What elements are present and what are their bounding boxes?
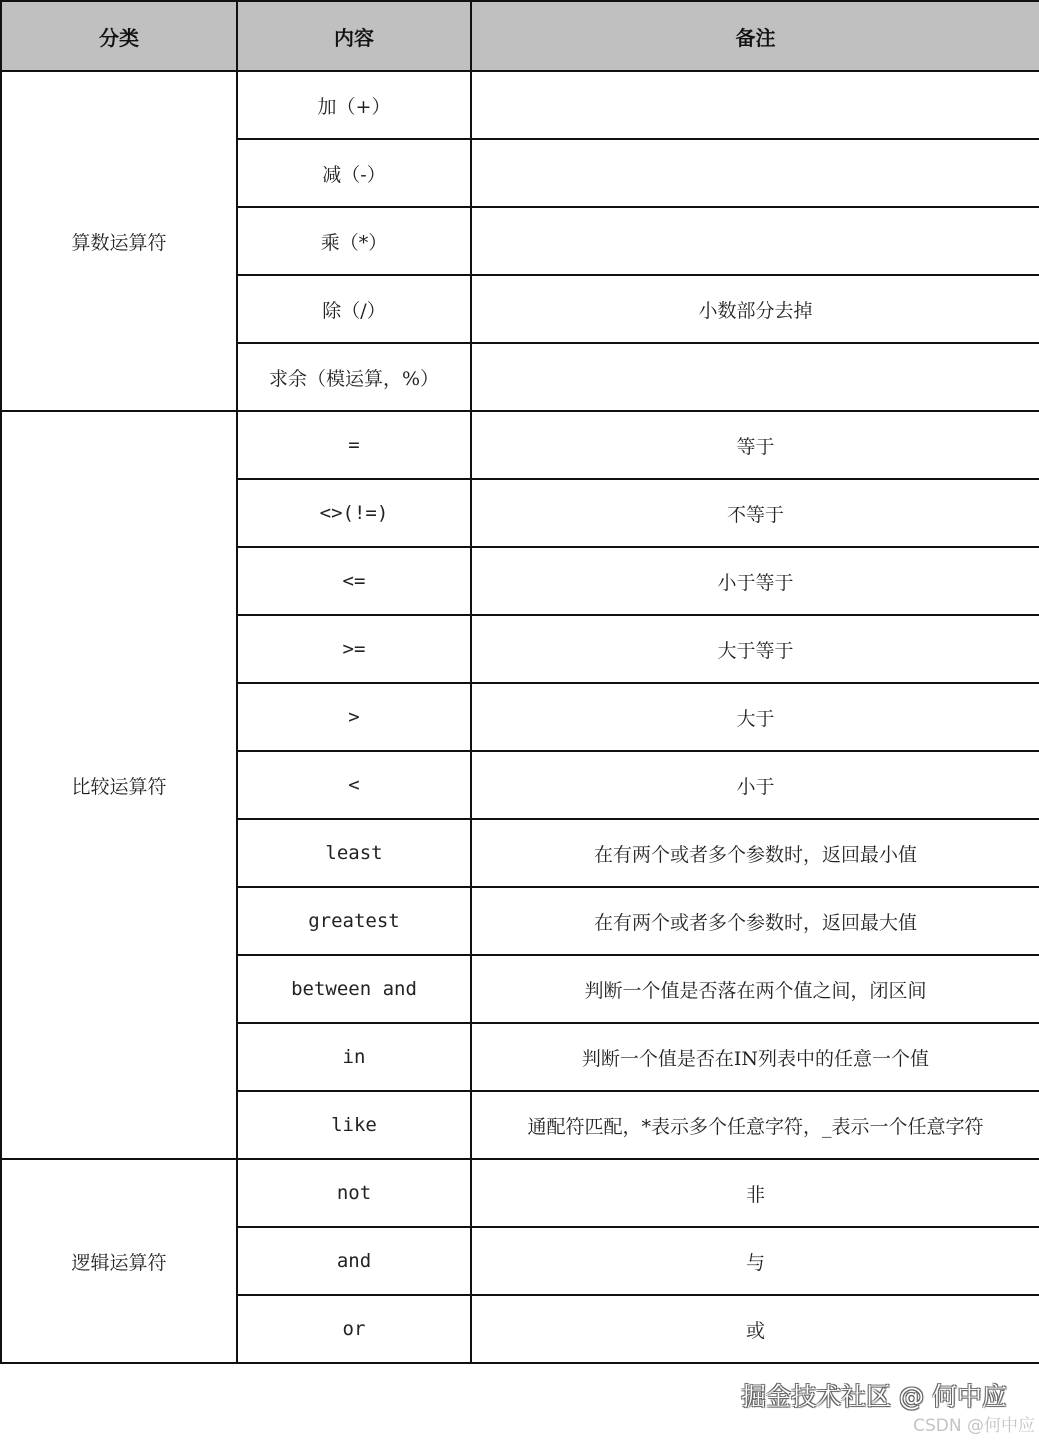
- content-cell: >=: [237, 615, 471, 683]
- table-row: 逻辑运算符 not 非: [1, 1159, 1039, 1227]
- content-cell: 除（/）: [237, 275, 471, 343]
- note-cell: 在有两个或者多个参数时，返回最大值: [471, 887, 1039, 955]
- header-note: 备注: [471, 1, 1039, 71]
- content-cell: <=: [237, 547, 471, 615]
- note-cell: 通配符匹配，*表示多个任意字符，_表示一个任意字符: [471, 1091, 1039, 1159]
- content-cell: between and: [237, 955, 471, 1023]
- category-cell-comparison: 比较运算符: [1, 411, 237, 1159]
- note-cell: [471, 139, 1039, 207]
- note-cell: [471, 71, 1039, 139]
- table-row: 算数运算符 加（+）: [1, 71, 1039, 139]
- note-cell: 大于: [471, 683, 1039, 751]
- note-cell: 大于等于: [471, 615, 1039, 683]
- content-cell: least: [237, 819, 471, 887]
- note-cell: 在有两个或者多个参数时，返回最小值: [471, 819, 1039, 887]
- category-cell-logical: 逻辑运算符: [1, 1159, 237, 1363]
- content-cell: >: [237, 683, 471, 751]
- content-cell: in: [237, 1023, 471, 1091]
- content-cell: 乘（*）: [237, 207, 471, 275]
- content-cell: or: [237, 1295, 471, 1363]
- header-content: 内容: [237, 1, 471, 71]
- content-cell: =: [237, 411, 471, 479]
- note-cell: 小数部分去掉: [471, 275, 1039, 343]
- note-cell: 小于等于: [471, 547, 1039, 615]
- table-row: 比较运算符 = 等于: [1, 411, 1039, 479]
- operators-table: 分类 内容 备注 算数运算符 加（+） 减（-） 乘（*） 除（/） 小数部分去…: [0, 0, 1039, 1364]
- category-cell-arithmetic: 算数运算符: [1, 71, 237, 411]
- note-cell: 判断一个值是否落在两个值之间，闭区间: [471, 955, 1039, 1023]
- juejin-watermark: 掘金技术社区 @ 何中应: [741, 1377, 1007, 1413]
- note-cell: 非: [471, 1159, 1039, 1227]
- content-cell: 加（+）: [237, 71, 471, 139]
- note-cell: 小于: [471, 751, 1039, 819]
- note-cell: 不等于: [471, 479, 1039, 547]
- note-cell: 与: [471, 1227, 1039, 1295]
- content-cell: and: [237, 1227, 471, 1295]
- note-cell: 等于: [471, 411, 1039, 479]
- content-cell: <: [237, 751, 471, 819]
- content-cell: <>(!=): [237, 479, 471, 547]
- content-cell: 减（-）: [237, 139, 471, 207]
- content-cell: greatest: [237, 887, 471, 955]
- content-cell: 求余（模运算，%）: [237, 343, 471, 411]
- note-cell: [471, 343, 1039, 411]
- note-cell: [471, 207, 1039, 275]
- note-cell: 或: [471, 1295, 1039, 1363]
- content-cell: not: [237, 1159, 471, 1227]
- csdn-watermark: CSDN @何中应: [913, 1411, 1035, 1436]
- note-cell: 判断一个值是否在IN列表中的任意一个值: [471, 1023, 1039, 1091]
- content-cell: like: [237, 1091, 471, 1159]
- header-row: 分类 内容 备注: [1, 1, 1039, 71]
- header-category: 分类: [1, 1, 237, 71]
